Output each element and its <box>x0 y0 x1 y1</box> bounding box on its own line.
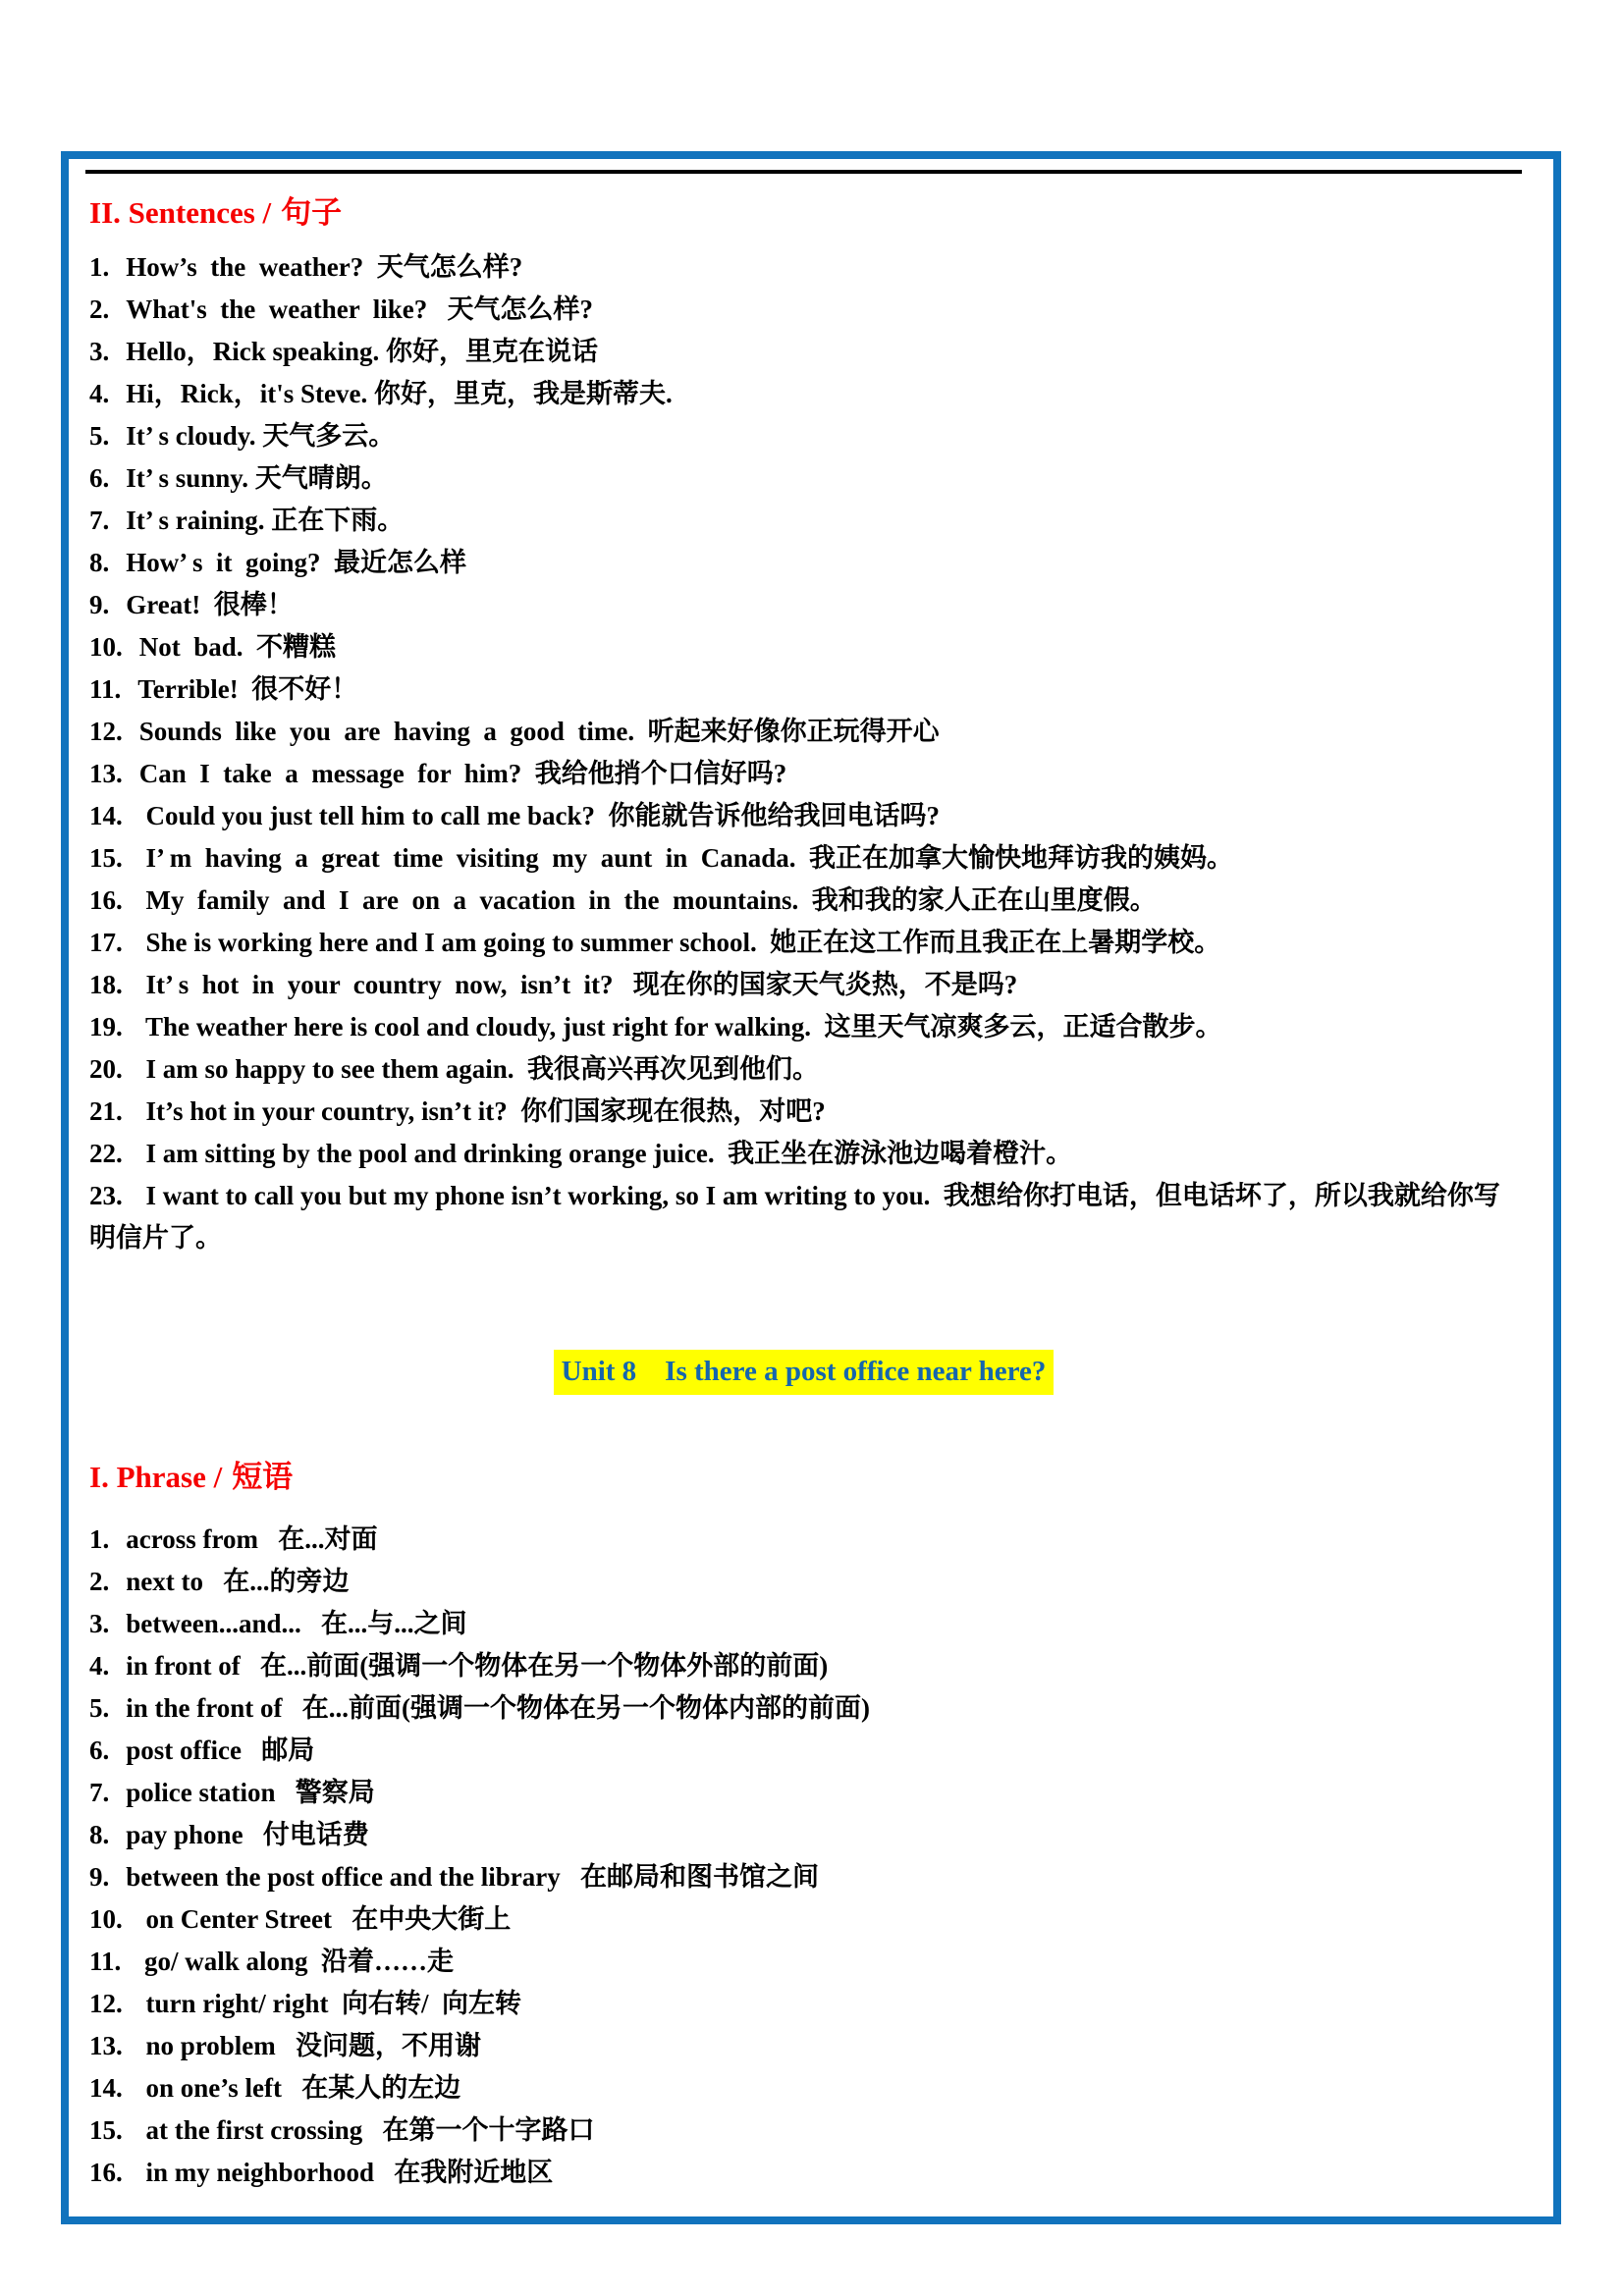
item-text: next to 在...的旁边 <box>126 1567 349 1596</box>
document-page: II. Sentences /句子 1.How’s the weather? 天… <box>0 0 1623 2296</box>
item-text: I am so happy to see them again. 我很高兴再次见… <box>139 1054 819 1084</box>
phrase-section-heading: I. Phrase /短语 <box>89 1458 1524 1497</box>
item-number: 18. <box>89 970 123 999</box>
phrase-item: 9.between the post office and the librar… <box>89 1856 1524 1898</box>
sentence-item: 17. She is working here and I am going t… <box>89 922 1524 964</box>
phrase-item: 3.between...and... 在...与...之间 <box>89 1603 1524 1645</box>
sentence-item: 20. I am so happy to see them again. 我很高… <box>89 1048 1524 1091</box>
phrase-item: 6.post office 邮局 <box>89 1730 1524 1772</box>
sentence-item: 3.Hello，Rick speaking. 你好，里克在说话 <box>89 331 1524 373</box>
item-number: 6. <box>89 463 109 493</box>
item-number: 12. <box>89 717 123 746</box>
item-number: 1. <box>89 252 109 282</box>
phrase-item: 7.police station 警察局 <box>89 1772 1524 1814</box>
item-text: pay phone 付电话费 <box>126 1820 369 1849</box>
item-text: How’ s it going? 最近怎么样 <box>126 548 466 577</box>
sentences-heading-chinese: 句子 <box>281 195 342 231</box>
item-text: It’ s cloudy. 天气多云。 <box>126 421 395 451</box>
sentences-heading-text: II. Sentences / <box>89 195 271 230</box>
sentence-item: 8.How’ s it going? 最近怎么样 <box>89 542 1524 584</box>
item-number: 7. <box>89 1778 109 1807</box>
item-text: across from 在...对面 <box>126 1524 377 1554</box>
item-number: 23. <box>89 1181 123 1210</box>
phrase-heading-chinese: 短语 <box>232 1460 293 1495</box>
item-text: It’ s hot in your country now, isn’t it?… <box>139 970 1018 999</box>
sentence-item: 9.Great! 很棒！ <box>89 584 1524 626</box>
item-number: 21. <box>89 1096 123 1126</box>
sentence-item: 23. I want to call you but my phone isn’… <box>89 1175 1524 1259</box>
item-text: It’s hot in your country, isn’t it? 你们国家… <box>139 1096 826 1126</box>
item-number: 14. <box>89 2073 123 2103</box>
item-number: 2. <box>89 294 109 324</box>
item-text: Sounds like you are having a good time. … <box>139 717 940 746</box>
item-text: in front of 在...前面(强调一个物体在另一个物体外部的前面) <box>126 1651 828 1681</box>
item-number: 16. <box>89 2158 123 2187</box>
item-number: 6. <box>89 1735 109 1765</box>
item-number: 1. <box>89 1524 109 1554</box>
phrase-heading-text: I. Phrase / <box>89 1460 222 1494</box>
item-number: 2. <box>89 1567 109 1596</box>
item-text: It’ s sunny. 天气晴朗。 <box>126 463 388 493</box>
horizontal-rule <box>85 170 1522 174</box>
item-number: 15. <box>89 2115 123 2145</box>
phrase-item: 14. on one’s left 在某人的左边 <box>89 2067 1524 2109</box>
sentence-item: 7.It’ s raining. 正在下雨。 <box>89 500 1524 542</box>
item-number: 3. <box>89 1609 109 1638</box>
item-text: between...and... 在...与...之间 <box>126 1609 466 1638</box>
item-number: 7. <box>89 506 109 535</box>
item-number: 22. <box>89 1139 123 1168</box>
phrase-item: 1.across from 在...对面 <box>89 1519 1524 1561</box>
item-number: 20. <box>89 1054 123 1084</box>
phrase-item: 8.pay phone 付电话费 <box>89 1814 1524 1856</box>
item-text: How’s the weather? 天气怎么样? <box>126 252 522 282</box>
item-text: Can I take a message for him? 我给他捎个口信好吗? <box>139 759 786 788</box>
item-number: 8. <box>89 1820 109 1849</box>
item-text: It’ s raining. 正在下雨。 <box>126 506 404 535</box>
item-text: My family and I are on a vacation in the… <box>139 885 1157 915</box>
item-text: The weather here is cool and cloudy, jus… <box>139 1012 1222 1041</box>
item-number: 14. <box>89 801 123 830</box>
phrase-item: 12. turn right/ right 向右转/ 向左转 <box>89 1983 1524 2025</box>
phrase-item: 15. at the first crossing 在第一个十字路口 <box>89 2109 1524 2152</box>
item-text: Not bad. 不糟糕 <box>139 632 336 662</box>
item-number: 13. <box>89 2031 123 2060</box>
sentence-item: 19. The weather here is cool and cloudy,… <box>89 1006 1524 1048</box>
phrase-item: 13. no problem 没问题，不用谢 <box>89 2025 1524 2067</box>
item-text: at the first crossing 在第一个十字路口 <box>139 2115 595 2145</box>
sentence-item: 16. My family and I are on a vacation in… <box>89 880 1524 922</box>
sentence-item: 18. It’ s hot in your country now, isn’t… <box>89 964 1524 1006</box>
item-text: police station 警察局 <box>126 1778 375 1807</box>
item-text: I am sitting by the pool and drinking or… <box>139 1139 1072 1168</box>
item-text: go/ walk along 沿着……走 <box>137 1947 454 1976</box>
item-text: turn right/ right 向右转/ 向左转 <box>139 1989 521 2018</box>
item-number: 4. <box>89 1651 109 1681</box>
content-border-box: II. Sentences /句子 1.How’s the weather? 天… <box>61 151 1561 2224</box>
item-number: 8. <box>89 548 109 577</box>
item-number: 5. <box>89 421 109 451</box>
sentence-item: 6.It’ s sunny. 天气晴朗。 <box>89 457 1524 500</box>
item-number: 10. <box>89 1904 123 1934</box>
item-text: on Center Street 在中央大街上 <box>139 1904 511 1934</box>
item-number: 3. <box>89 337 109 366</box>
phrase-item: 5.in the front of 在...前面(强调一个物体在另一个物体内部的… <box>89 1687 1524 1730</box>
item-number: 17. <box>89 928 123 957</box>
item-number: 9. <box>89 590 109 619</box>
item-number: 12. <box>89 1989 123 2018</box>
item-text: Could you just tell him to call me back?… <box>139 801 940 830</box>
item-number: 16. <box>89 885 123 915</box>
item-text: Great! 很棒！ <box>126 590 293 619</box>
sentences-list: 1.How’s the weather? 天气怎么样?2.What's the … <box>89 246 1524 1259</box>
item-text: in the front of 在...前面(强调一个物体在另一个物体内部的前面… <box>126 1693 870 1723</box>
item-text: What's the weather like? 天气怎么样? <box>126 294 593 324</box>
sentence-item: 1.How’s the weather? 天气怎么样? <box>89 246 1524 289</box>
item-text: I’ m having a great time visiting my aun… <box>139 843 1233 873</box>
item-text: Hi，Rick，it's Steve. 你好，里克，我是斯蒂夫. <box>126 379 672 408</box>
unit8-title: Unit 8 Is there a post office near here? <box>554 1350 1055 1395</box>
item-number: 5. <box>89 1693 109 1723</box>
item-text: on one’s left 在某人的左边 <box>139 2073 460 2103</box>
sentence-item: 5.It’ s cloudy. 天气多云。 <box>89 415 1524 457</box>
sentence-item: 13.Can I take a message for him? 我给他捎个口信… <box>89 753 1524 795</box>
unit-title-row: Unit 8 Is there a post office near here? <box>83 1350 1524 1397</box>
sentence-item: 10.Not bad. 不糟糕 <box>89 626 1524 668</box>
item-text: in my neighborhood 在我附近地区 <box>139 2158 554 2187</box>
item-number: 11. <box>89 1947 121 1976</box>
sentence-item: 15. I’ m having a great time visiting my… <box>89 837 1524 880</box>
item-number: 4. <box>89 379 109 408</box>
phrase-item: 2.next to 在...的旁边 <box>89 1561 1524 1603</box>
sentences-section-heading: II. Sentences /句子 <box>89 193 1524 233</box>
item-number: 9. <box>89 1862 109 1892</box>
sentence-item: 22. I am sitting by the pool and drinkin… <box>89 1133 1524 1175</box>
item-number: 10. <box>89 632 123 662</box>
item-text: Hello，Rick speaking. 你好，里克在说话 <box>126 337 598 366</box>
sentence-item: 4.Hi，Rick，it's Steve. 你好，里克，我是斯蒂夫. <box>89 373 1524 415</box>
sentence-item: 12.Sounds like you are having a good tim… <box>89 711 1524 753</box>
item-text: I want to call you but my phone isn’t wo… <box>89 1181 1500 1253</box>
item-text: no problem 没问题，不用谢 <box>139 2031 481 2060</box>
item-text: She is working here and I am going to su… <box>139 928 1221 957</box>
phrase-item: 4.in front of 在...前面(强调一个物体在另一个物体外部的前面) <box>89 1645 1524 1687</box>
item-number: 19. <box>89 1012 123 1041</box>
phrase-item: 10. on Center Street 在中央大街上 <box>89 1898 1524 1941</box>
item-text: between the post office and the library … <box>126 1862 819 1892</box>
sentence-item: 21. It’s hot in your country, isn’t it? … <box>89 1091 1524 1133</box>
sentence-item: 2.What's the weather like? 天气怎么样? <box>89 289 1524 331</box>
phrase-list: 1.across from 在...对面2.next to 在...的旁边3.b… <box>89 1519 1524 2194</box>
item-text: post office 邮局 <box>126 1735 314 1765</box>
item-number: 11. <box>89 674 121 704</box>
sentence-item: 11.Terrible! 很不好！ <box>89 668 1524 711</box>
item-number: 13. <box>89 759 123 788</box>
item-text: Terrible! 很不好！ <box>137 674 357 704</box>
item-number: 15. <box>89 843 123 873</box>
phrase-item: 11. go/ walk along 沿着……走 <box>89 1941 1524 1983</box>
phrase-item: 16. in my neighborhood 在我附近地区 <box>89 2152 1524 2194</box>
sentence-item: 14. Could you just tell him to call me b… <box>89 795 1524 837</box>
